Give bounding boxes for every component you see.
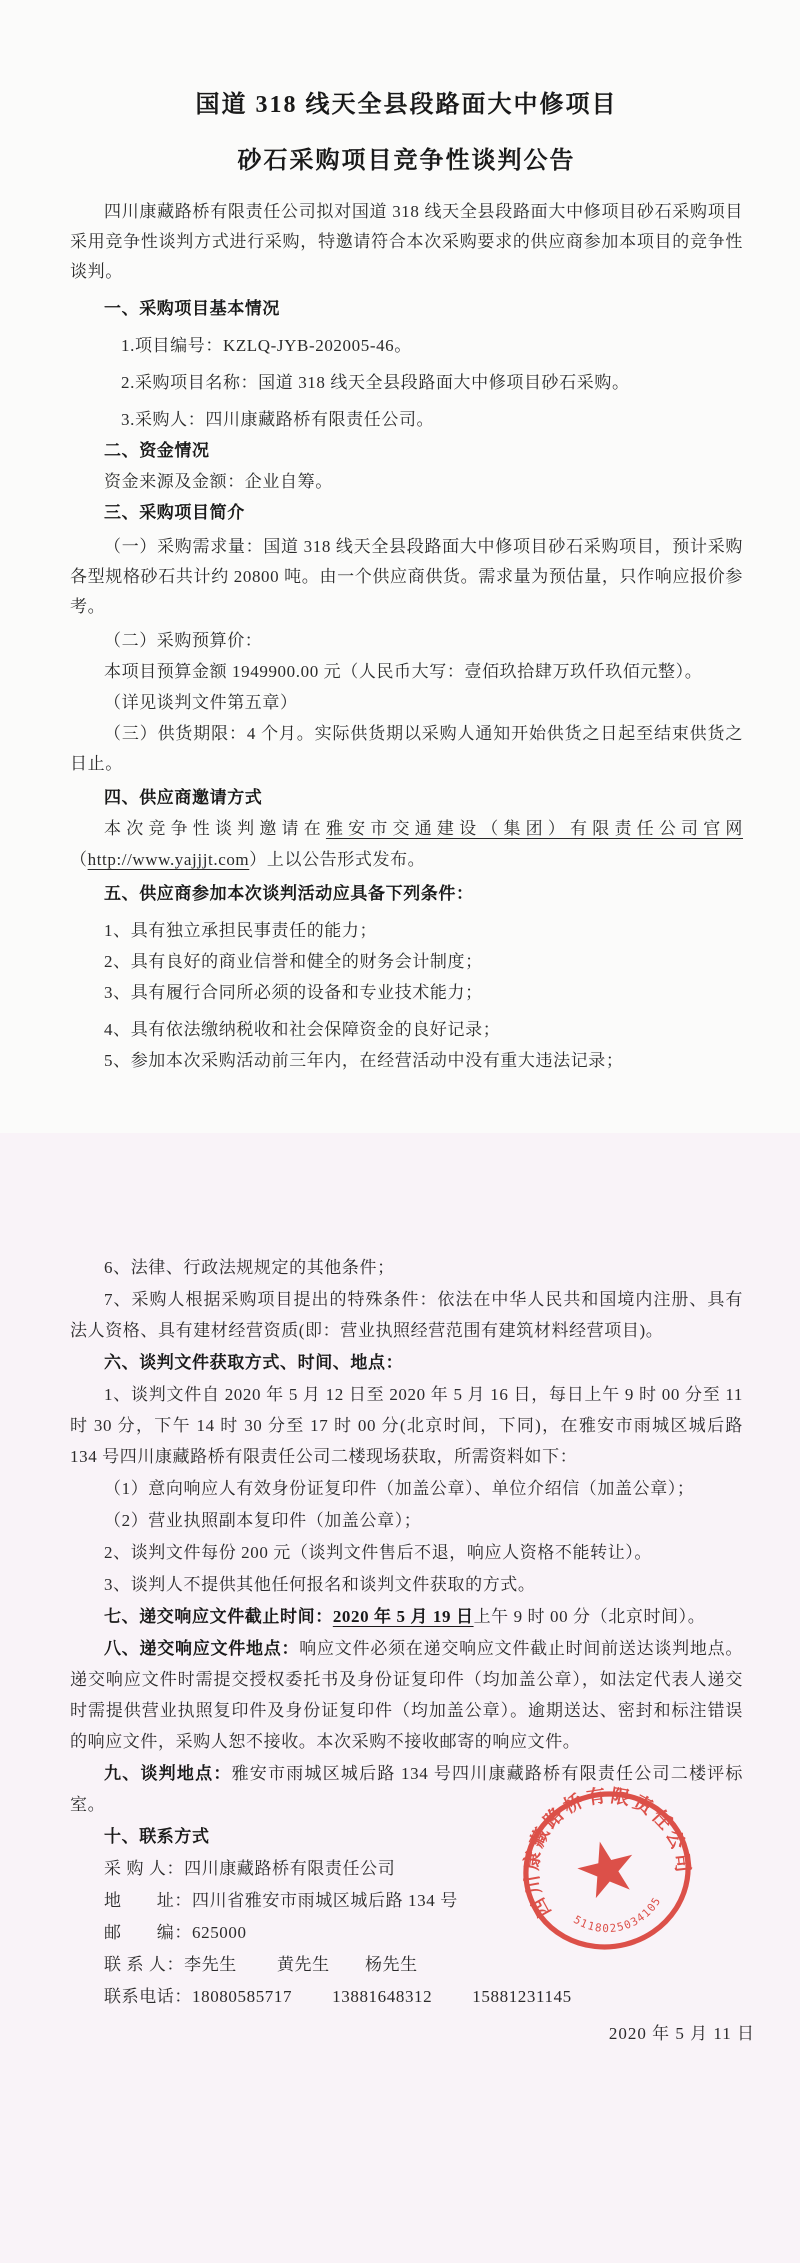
scanned-document: 国道 318 线天全县段路面大中修项目砂石采购项目竞争性谈判公告四川康藏路桥有限… [0, 0, 800, 2263]
text-run: 1.项目编号：KZLQ-JYB-202005-46。 [121, 336, 412, 355]
text-run: 2020 年 5 月 11 日 [609, 2024, 755, 2043]
text-run: （2）营业执照副本复印件（加盖公章）； [104, 1511, 421, 1530]
required-material-1: （1）意向响应人有效身份证复印件（加盖公章）、单位介绍信（加盖公章）； [70, 1473, 743, 1504]
budget-heading: （二）采购预算价： [70, 626, 743, 656]
doc-title-line2: 砂石采购项目竞争性谈判公告 [70, 139, 743, 183]
text-run: 地 址：四川省雅安市雨城区城后路 134 号 [104, 1891, 458, 1910]
page-1: 国道 318 线天全县段路面大中修项目砂石采购项目竞争性谈判公告四川康藏路桥有限… [0, 0, 800, 1133]
intro-paragraph: 四川康藏路桥有限责任公司拟对国道 318 线天全县段路面大中修项目砂石采购项目采… [70, 197, 743, 287]
text-run: 本项目预算金额 1949900.00 元（人民币大写：壹佰玖拾肆万玖仟玖佰元整）… [104, 662, 702, 681]
text-run: 1、谈判文件自 2020 年 5 月 12 日至 2020 年 5 月 16 日… [70, 1385, 743, 1466]
text-run: 6、法律、行政法规规定的其他条件； [104, 1258, 395, 1277]
text-run: 1、具有独立承担民事责任的能力； [104, 921, 377, 940]
budget-amount: 本项目预算金额 1949900.00 元（人民币大写：壹佰玖拾肆万玖仟玖佰元整）… [70, 657, 743, 687]
condition-5: 5、参加本次采购活动前三年内，在经营活动中没有重大违法记录； [70, 1046, 743, 1076]
text-run: 国道 318 线天全县段路面大中修项目 [196, 92, 618, 118]
text-run: 3、具有履行合同所必须的设备和专业技术能力； [104, 983, 483, 1002]
condition-3: 3、具有履行合同所必须的设备和专业技术能力； [70, 978, 743, 1008]
condition-1: 1、具有独立承担民事责任的能力； [70, 916, 743, 946]
demand-quantity: （一）采购需求量：国道 318 线天全县段路面大中修项目砂石采购项目，预计采购各… [70, 532, 743, 622]
doc-title-line1: 国道 318 线天全县段路面大中修项目 [70, 83, 743, 127]
purchaser: 3.采购人：四川康藏路桥有限责任公司。 [70, 405, 743, 435]
text-run: 2.采购项目名称：国道 318 线天全县段路面大中修项目砂石采购。 [121, 373, 630, 392]
text-run: 八、递交响应文件地点： [104, 1639, 299, 1658]
text-run: 一、采购项目基本情况 [104, 299, 280, 318]
text-run: 十、联系方式 [104, 1827, 210, 1846]
seal-star-icon [572, 1835, 640, 1901]
section-7-deadline: 七、递交响应文件截止时间：2020 年 5 月 19 日上午 9 时 00 分（… [70, 1601, 743, 1632]
section-6-heading: 六、谈判文件获取方式、时间、地点： [70, 1347, 743, 1378]
section-1-heading: 一、采购项目基本情况 [70, 294, 743, 324]
section-4-heading: 四、供应商邀请方式 [70, 783, 743, 813]
underlined-text: 雅安市交通建设（集团）有限责任公司官网 [326, 819, 743, 838]
text-run: 4、具有依法缴纳税收和社会保障资金的良好记录； [104, 1020, 500, 1039]
text-run: 采 购 人：四川康藏路桥有限责任公司 [104, 1859, 395, 1878]
supply-period: （三）供货期限：4 个月。实际供货期以采购人通知开始供货之日起至结束供货之日止。 [70, 719, 743, 779]
text-run: 五、供应商参加本次谈判活动应具备下列条件： [104, 884, 474, 903]
text-run: （三）供货期限：4 个月。实际供货期以采购人通知开始供货之日起至结束供货之日止。 [70, 724, 743, 773]
text-run: 邮 编：625000 [104, 1923, 247, 1942]
section-3-heading: 三、采购项目简介 [70, 498, 743, 528]
text-run: 本次竞争性谈判邀请在 [104, 819, 326, 838]
text-run: 联 系 人：李先生 黄先生 杨先生 [104, 1955, 418, 1974]
text-run: （详见谈判文件第五章） [104, 693, 298, 712]
condition-6: 6、法律、行政法规规定的其他条件； [70, 1252, 743, 1283]
text-run: 四川康藏路桥有限责任公司拟对国道 318 线天全县段路面大中修项目砂石采购项目采… [70, 202, 743, 281]
condition-2: 2、具有良好的商业信誉和健全的财务会计制度； [70, 947, 743, 977]
contact-phones: 联系电话：18080585717 13881648312 15881231145 [70, 1981, 743, 2012]
text-run: 7、采购人根据采购项目提出的特殊条件：依法在中华人民共和国境内注册、具有法人资格… [70, 1290, 743, 1340]
document-price: 2、谈判文件每份 200 元（谈判文件售后不退，响应人资格不能转让）。 [70, 1537, 743, 1568]
section-2-heading: 二、资金情况 [70, 436, 743, 466]
text-run: 3.采购人：四川康藏路桥有限责任公司。 [121, 410, 434, 429]
svg-text:5118025034105: 5118025034105 [569, 1892, 669, 1945]
text-run: 三、采购项目简介 [104, 503, 245, 522]
fund-source: 资金来源及金额：企业自筹。 [70, 467, 743, 497]
budget-reference: （详见谈判文件第五章） [70, 688, 743, 718]
page-2: 6、法律、行政法规规定的其他条件；7、采购人根据采购项目提出的特殊条件：依法在中… [0, 1133, 800, 2263]
text-run: （一）采购需求量：国道 318 线天全县段路面大中修项目砂石采购项目，预计采购各… [70, 537, 743, 616]
text-run: 5、参加本次采购活动前三年内，在经营活动中没有重大违法记录； [104, 1051, 624, 1070]
seal-number-text: 5118025034105 [569, 1892, 669, 1945]
invitation-line2: （http://www.yajjjt.com）上以公告形式发布。 [70, 845, 743, 875]
text-run: 七、递交响应文件截止时间： [104, 1607, 333, 1626]
text-run: 四、供应商邀请方式 [104, 788, 262, 807]
announcement-date: 2020 年 5 月 11 日 [70, 2018, 755, 2049]
text-run: 3、谈判人不提供其他任何报名和谈判文件获取的方式。 [104, 1575, 536, 1594]
condition-4: 4、具有依法缴纳税收和社会保障资金的良好记录； [70, 1015, 743, 1045]
text-run: 资金来源及金额：企业自筹。 [104, 472, 333, 491]
underlined-text: http://www.yajjjt.com [88, 850, 250, 869]
text-run: （1）意向响应人有效身份证复印件（加盖公章）、单位介绍信（加盖公章）； [104, 1479, 695, 1498]
underlined-text: 2020 年 5 月 19 日 [333, 1607, 474, 1626]
text-run: 上午 9 时 00 分（北京时间）。 [474, 1607, 706, 1626]
text-run: 二、资金情况 [104, 441, 210, 460]
no-other-way: 3、谈判人不提供其他任何报名和谈判文件获取的方式。 [70, 1569, 743, 1600]
section-8-submit-place: 八、递交响应文件地点：响应文件必须在递交响应文件截止时间前送达谈判地点。递交响应… [70, 1633, 743, 1757]
required-material-2: （2）营业执照副本复印件（加盖公章）； [70, 1505, 743, 1536]
text-run: （二）采购预算价： [104, 631, 262, 650]
company-seal: 四川康藏路桥有限责任公司 5118025034105 [512, 1783, 702, 1958]
section-5-heading: 五、供应商参加本次谈判活动应具备下列条件： [70, 879, 743, 909]
project-name: 2.采购项目名称：国道 318 线天全县段路面大中修项目砂石采购。 [70, 368, 743, 398]
text-run: ）上以公告形式发布。 [249, 850, 425, 869]
text-run: 2、具有良好的商业信誉和健全的财务会计制度； [104, 952, 483, 971]
project-number: 1.项目编号：KZLQ-JYB-202005-46。 [70, 331, 743, 361]
text-run: 九、谈判地点： [104, 1764, 232, 1783]
document-obtain-info: 1、谈判文件自 2020 年 5 月 12 日至 2020 年 5 月 16 日… [70, 1379, 743, 1472]
text-run: （ [70, 850, 88, 869]
text-run: 砂石采购项目竞争性谈判公告 [238, 148, 576, 174]
text-run: 2、谈判文件每份 200 元（谈判文件售后不退，响应人资格不能转让）。 [104, 1543, 652, 1562]
text-run: 六、谈判文件获取方式、时间、地点： [104, 1353, 403, 1372]
invitation-line1: 本次竞争性谈判邀请在雅安市交通建设（集团）有限责任公司官网 [70, 814, 743, 844]
condition-7: 7、采购人根据采购项目提出的特殊条件：依法在中华人民共和国境内注册、具有法人资格… [70, 1284, 743, 1346]
text-run: 联系电话：18080585717 13881648312 15881231145 [104, 1987, 572, 2006]
